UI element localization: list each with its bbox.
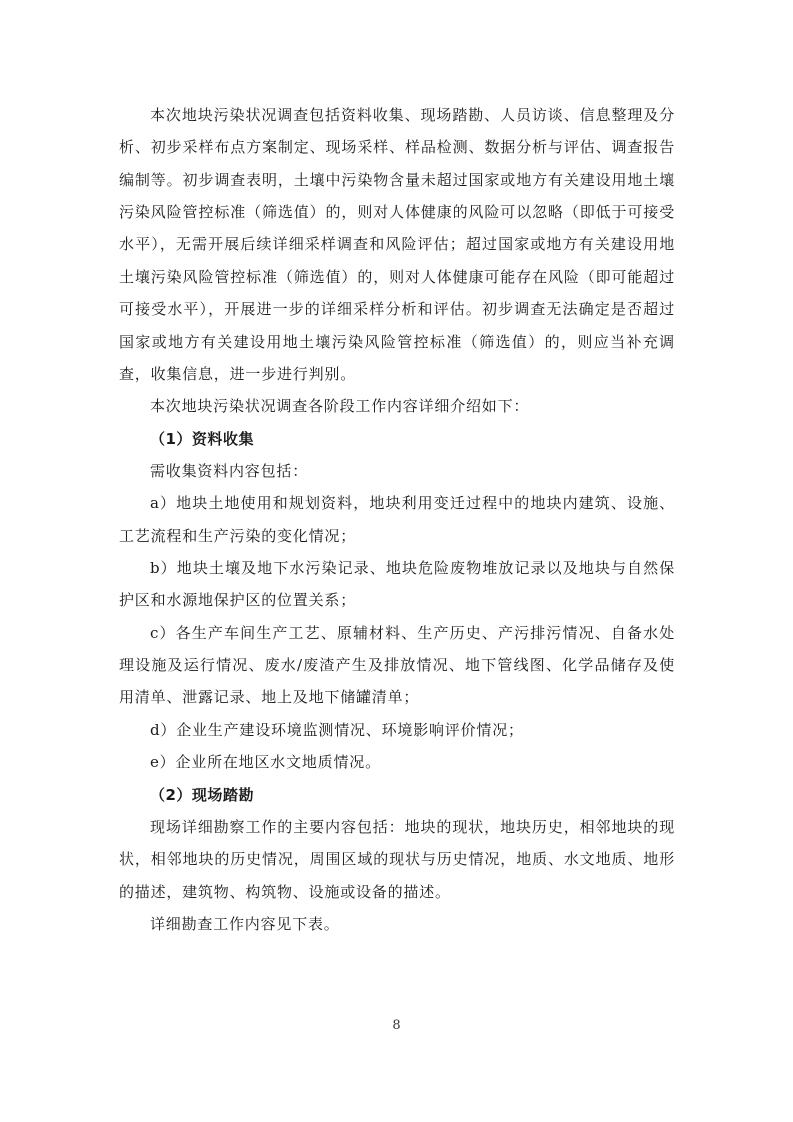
list-item-b: b）地块土壤及地下水污染记录、地块危险废物堆放记录以及地块与自然保护区和水源地保… <box>119 552 675 617</box>
section-heading-data-collection: （1）资料收集 <box>119 423 675 455</box>
paragraph-survey-scope: 本次地块污染状况调查包括资料收集、现场踏勘、人员访谈、信息整理及分析、初步采样布… <box>119 99 675 390</box>
section-heading-site-survey: （2）现场踏勘 <box>119 779 675 811</box>
list-item-e: e）企业所在地区水文地质情况。 <box>119 746 675 778</box>
paragraph-site-survey-content: 现场详细勘察工作的主要内容包括：地块的现状，地块历史，相邻地块的现状，相邻地块的… <box>119 811 675 908</box>
paragraph-stage-intro: 本次地块污染状况调查各阶段工作内容详细介绍如下： <box>119 390 675 422</box>
list-item-c: c）各生产车间生产工艺、原辅材料、生产历史、产污排污情况、自备水处理设施及运行情… <box>119 617 675 714</box>
list-item-d: d）企业生产建设环境监测情况、环境影响评价情况； <box>119 714 675 746</box>
list-item-a: a）地块土地使用和规划资料，地块利用变迁过程中的地块内建筑、设施、工艺流程和生产… <box>119 487 675 552</box>
page-number: 8 <box>0 1018 793 1033</box>
document-body: 本次地块污染状况调查包括资料收集、现场踏勘、人员访谈、信息整理及分析、初步采样布… <box>119 99 675 940</box>
paragraph-collection-intro: 需收集资料内容包括： <box>119 455 675 487</box>
paragraph-table-reference: 详细勘查工作内容见下表。 <box>119 908 675 940</box>
